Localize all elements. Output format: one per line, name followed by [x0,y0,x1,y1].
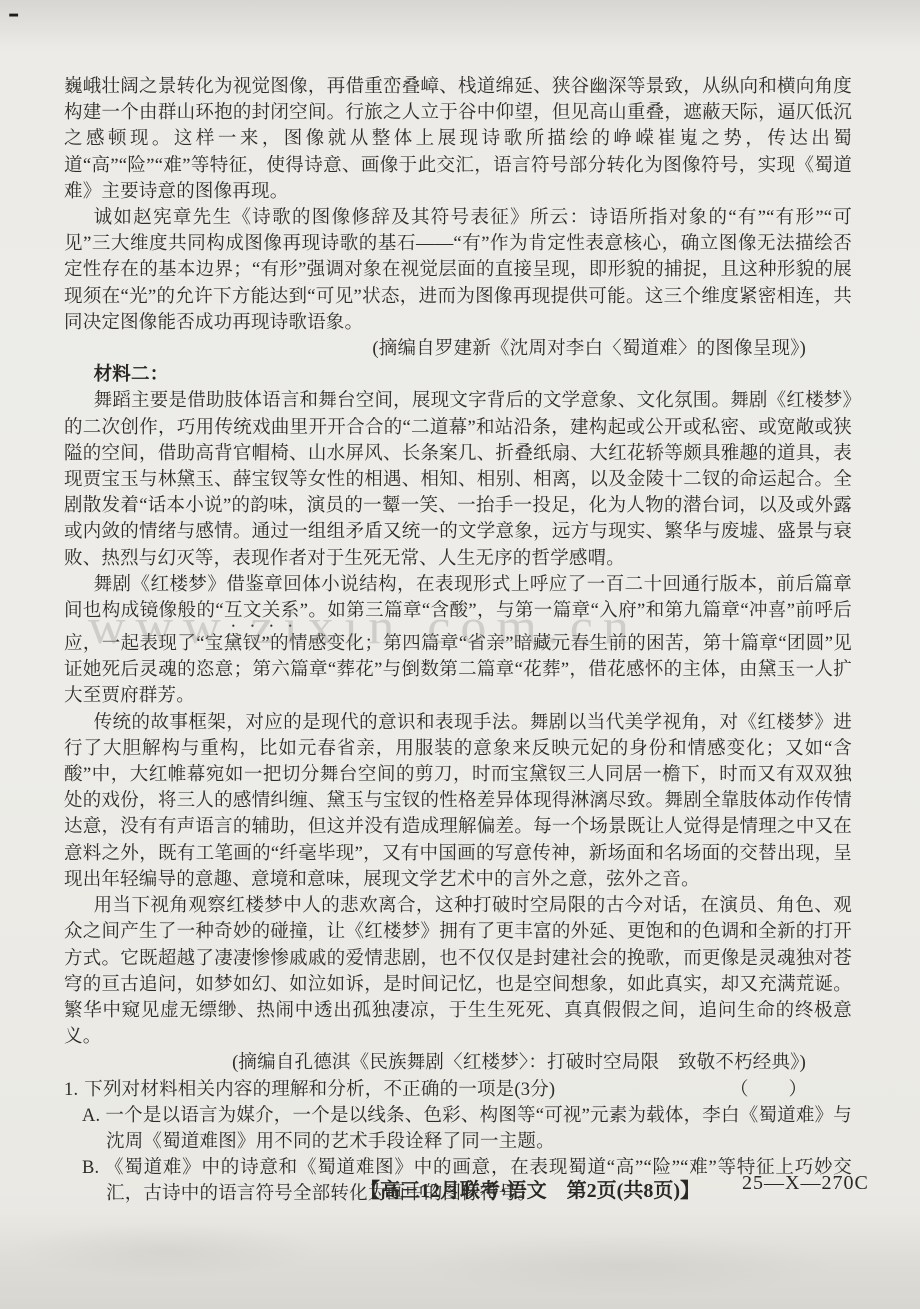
source-attribution: (摘编自孔德淇《民族舞剧〈红楼梦〉：打破时空局限 致敬不朽经典》) [64,1050,852,1076]
paragraph: 传统的故事框架，对应的是现代的意识和表现手法。舞剧以当代美学视角，对《红楼梦》进… [64,710,852,893]
question-line: 1.下列对材料相关内容的理解和分析，不正确的一项是(3分)（ ） [64,1077,852,1103]
source-attribution: (摘编自罗建新《沈周对李白〈蜀道难〉的图像呈现》) [64,336,852,362]
page-footer: 【高三12月联考·语文 第2页(共8页)】 25—X—270C [0,1174,920,1204]
document-body: 巍峨壮阔之景转化为视觉图像，再借重峦叠嶂、栈道绵延、狭谷幽深等景致，从纵向和横向… [64,74,852,1208]
question-number: 1. [64,1077,78,1103]
option-line: A.一个是以语言为媒介，一个是以线条、色彩、构图等“可视”元素为载体，李白《蜀道… [64,1103,852,1155]
footer-title: 【高三12月联考·语文 第2页(共8页)】 [360,1174,700,1203]
scan-shading-top [0,0,920,52]
option-label: A. [82,1106,100,1126]
option-text: 一个是以语言为媒介，一个是以线条、色彩、构图等“可视”元素为载体，李白《蜀道难》… [105,1106,852,1152]
scan-artifact-dash: - [8,0,19,30]
paragraph: 舞蹈主要是借助肢体语言和舞台空间，展现文字背后的文学意象、文化氛围。舞剧《红楼梦… [64,388,852,571]
paragraph: 用当下视角观察红楼梦中人的悲欢离合，这种打破时空局限的古今对话，在演员、角色、观… [64,893,852,1050]
answer-bracket: （ ） [730,1077,852,1103]
paragraph: 诚如赵宪章先生《诗歌的图像修辞及其符号表征》所云：诗语所指对象的“有”“有形”“… [64,205,852,336]
emphasized-text: 互文关系 [224,601,300,621]
material-heading: 材料二： [64,362,852,388]
paragraph: 巍峨壮阔之景转化为视觉图像，再借重峦叠嶂、栈道绵延、狭谷幽深等景致，从纵向和横向… [64,74,852,205]
footer-exam-code: 25—X—270C [742,1172,869,1195]
paragraph: 舞剧《红楼梦》借鉴章回体小说结构，在表现形式上呼应了一百二十回通行版本，前后篇章… [64,572,852,710]
question-text: 下列对材料相关内容的理解和分析，不正确的一项是(3分) [84,1077,555,1103]
scan-shading-bottom [0,1212,920,1309]
scanned-exam-page: - www.zixin.com.cn 巍峨壮阔之景转化为视觉图像，再借重峦叠嶂、… [0,0,920,1309]
